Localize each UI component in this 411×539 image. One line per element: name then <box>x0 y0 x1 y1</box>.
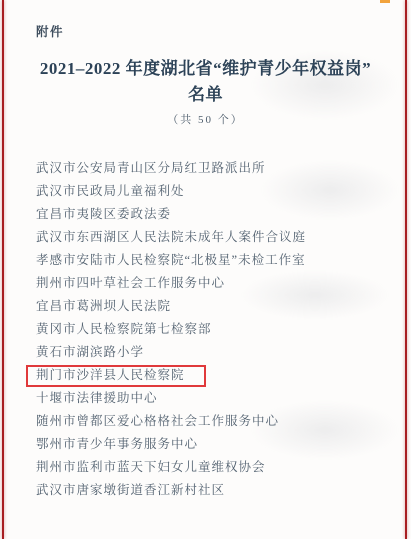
list-item: 武汉市东西湖区人民法院未成年人案件合议庭 <box>36 226 403 249</box>
org-name: 随州市曾都区爱心格格社会工作服务中心 <box>36 414 279 428</box>
list-item: 武汉市公安局青山区分局红卫路派出所 <box>36 157 403 180</box>
list-item: 随州市曾都区爱心格格社会工作服务中心 <box>36 410 403 433</box>
org-name: 十堰市法律援助中心 <box>36 391 158 405</box>
corner-highlight-mark <box>380 0 390 3</box>
document-title-line1: 2021–2022 年度湖北省“维护青少年权益岗” <box>18 56 393 82</box>
org-name: 荆州市四叶草社会工作服务中心 <box>36 276 225 290</box>
org-name: 黄石市湖滨路小学 <box>36 345 144 359</box>
list-item: 荆门市沙洋县人民检察院 <box>36 364 403 387</box>
count-note: （共 50 个） <box>0 111 411 127</box>
list-item: 武汉市民政局儿童福利处 <box>36 180 403 203</box>
list-item: 孝感市安陆市人民检察院“北极星”未检工作室 <box>36 249 403 272</box>
list-item: 黄石市湖滨路小学 <box>36 341 403 364</box>
document-title-line2: 名单 <box>18 82 393 108</box>
org-name: 鄂州市青少年事务服务中心 <box>36 437 198 451</box>
list-item: 荆州市监利市蓝天下妇女儿童维权协会 <box>36 456 403 479</box>
org-name: 武汉市唐家墩街道香江新村社区 <box>36 483 225 497</box>
page-border-left <box>2 0 4 539</box>
org-name: 武汉市东西湖区人民法院未成年人案件合议庭 <box>36 230 306 244</box>
org-name: 宜昌市葛洲坝人民法院 <box>36 299 171 313</box>
org-name: 武汉市公安局青山区分局红卫路派出所 <box>36 161 266 175</box>
list-item: 十堰市法律援助中心 <box>36 387 403 410</box>
scanned-document-page: 附件 2021–2022 年度湖北省“维护青少年权益岗” 名单 （共 50 个）… <box>0 0 411 539</box>
org-name: 孝感市安陆市人民检察院“北极星”未检工作室 <box>36 253 306 267</box>
page-border-right <box>405 0 407 539</box>
org-name: 宜昌市夷陵区委政法委 <box>36 207 171 221</box>
attachment-label: 附件 <box>36 22 64 40</box>
org-name: 武汉市民政局儿童福利处 <box>36 184 185 198</box>
list-item: 武汉市唐家墩街道香江新村社区 <box>36 479 403 502</box>
org-name: 荆门市沙洋县人民检察院 <box>36 368 185 382</box>
list-item: 宜昌市夷陵区委政法委 <box>36 203 403 226</box>
list-item: 荆州市四叶草社会工作服务中心 <box>36 272 403 295</box>
list-item: 黄冈市人民检察院第七检察部 <box>36 318 403 341</box>
org-name: 黄冈市人民检察院第七检察部 <box>36 322 212 336</box>
document-title: 2021–2022 年度湖北省“维护青少年权益岗” 名单 <box>18 56 393 108</box>
list-item: 鄂州市青少年事务服务中心 <box>36 433 403 456</box>
organization-list: 武汉市公安局青山区分局红卫路派出所 武汉市民政局儿童福利处 宜昌市夷陵区委政法委… <box>36 157 403 502</box>
list-item: 宜昌市葛洲坝人民法院 <box>36 295 403 318</box>
org-name: 荆州市监利市蓝天下妇女儿童维权协会 <box>36 460 266 474</box>
